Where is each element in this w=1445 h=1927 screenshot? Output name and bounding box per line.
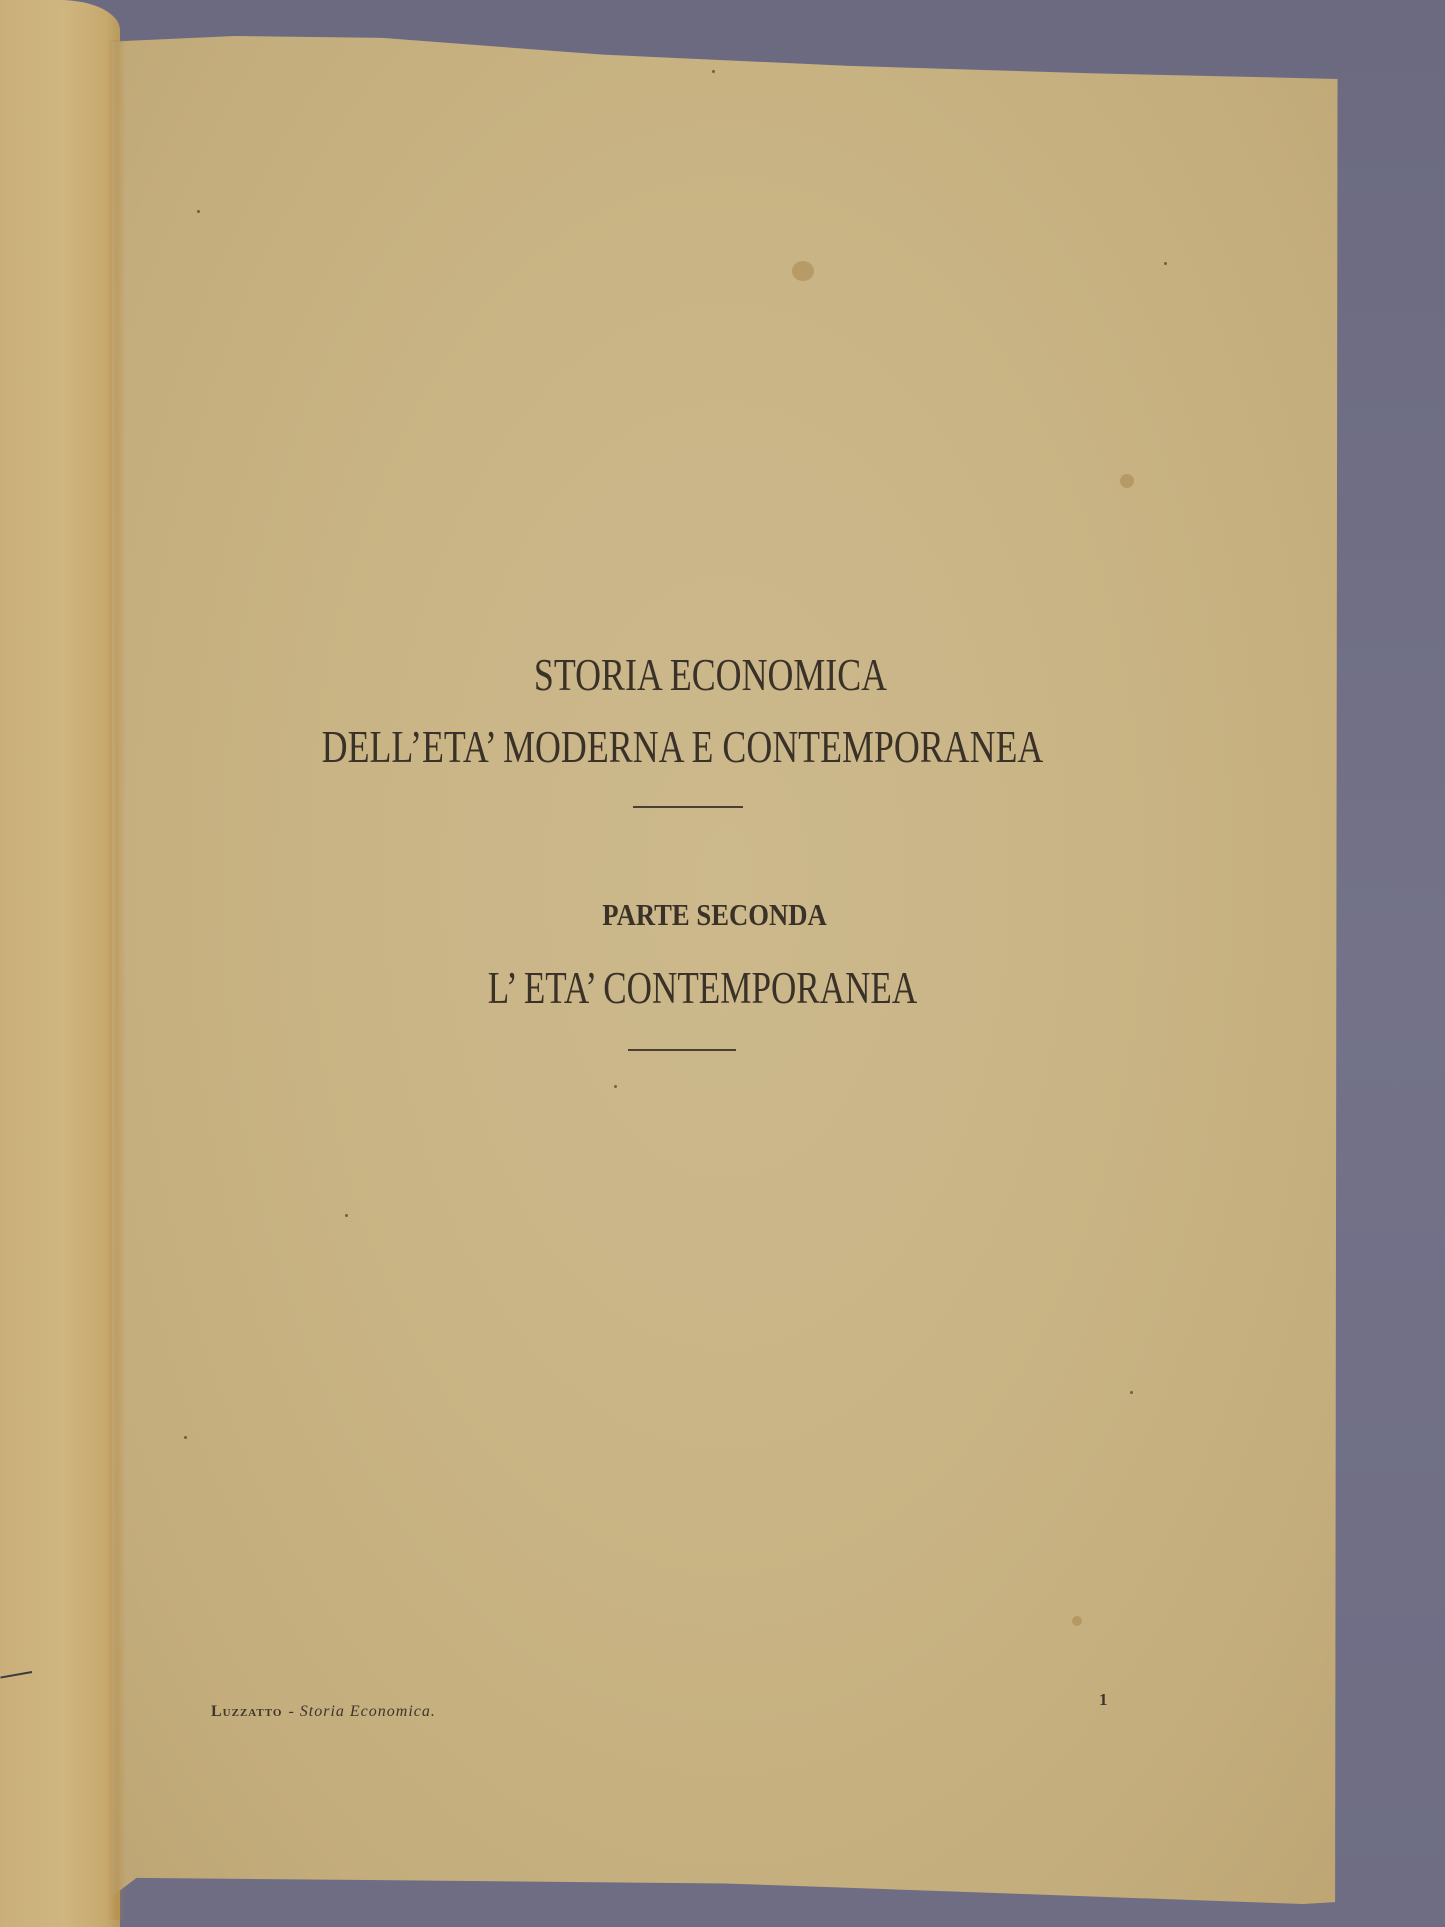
facing-page-edge: [0, 0, 120, 1927]
book-title-line-1: STORIA ECONOMICA: [147, 648, 1274, 701]
foxing-spot: [1120, 474, 1134, 488]
signature-line: Luzzatto-Storia Economica.: [211, 1703, 436, 1721]
book-title-line-2: DELL’ETA’ MODERNA E CONTEMPORANEA: [119, 720, 1246, 773]
speck: [1164, 262, 1167, 265]
speck: [197, 210, 200, 213]
foxing-spot: [1072, 1616, 1082, 1626]
gutter-shadow: [108, 40, 126, 1920]
divider-rule: [633, 806, 743, 808]
signature-number: 1: [1099, 1690, 1108, 1710]
speck: [614, 1085, 617, 1088]
speck: [345, 1214, 348, 1217]
footer-work-title: Storia Economica.: [300, 1703, 436, 1720]
foxing-spot: [792, 261, 814, 281]
speck: [1130, 1391, 1133, 1394]
speck: [184, 1436, 187, 1439]
part-label: PARTE SECONDA: [93, 897, 1336, 933]
part-title: L’ ETA’ CONTEMPORANEA: [139, 962, 1266, 1014]
speck: [712, 70, 715, 73]
divider-rule: [628, 1049, 736, 1051]
footer-author: Luzzatto: [211, 1703, 282, 1720]
footer-separator: -: [288, 1703, 293, 1720]
